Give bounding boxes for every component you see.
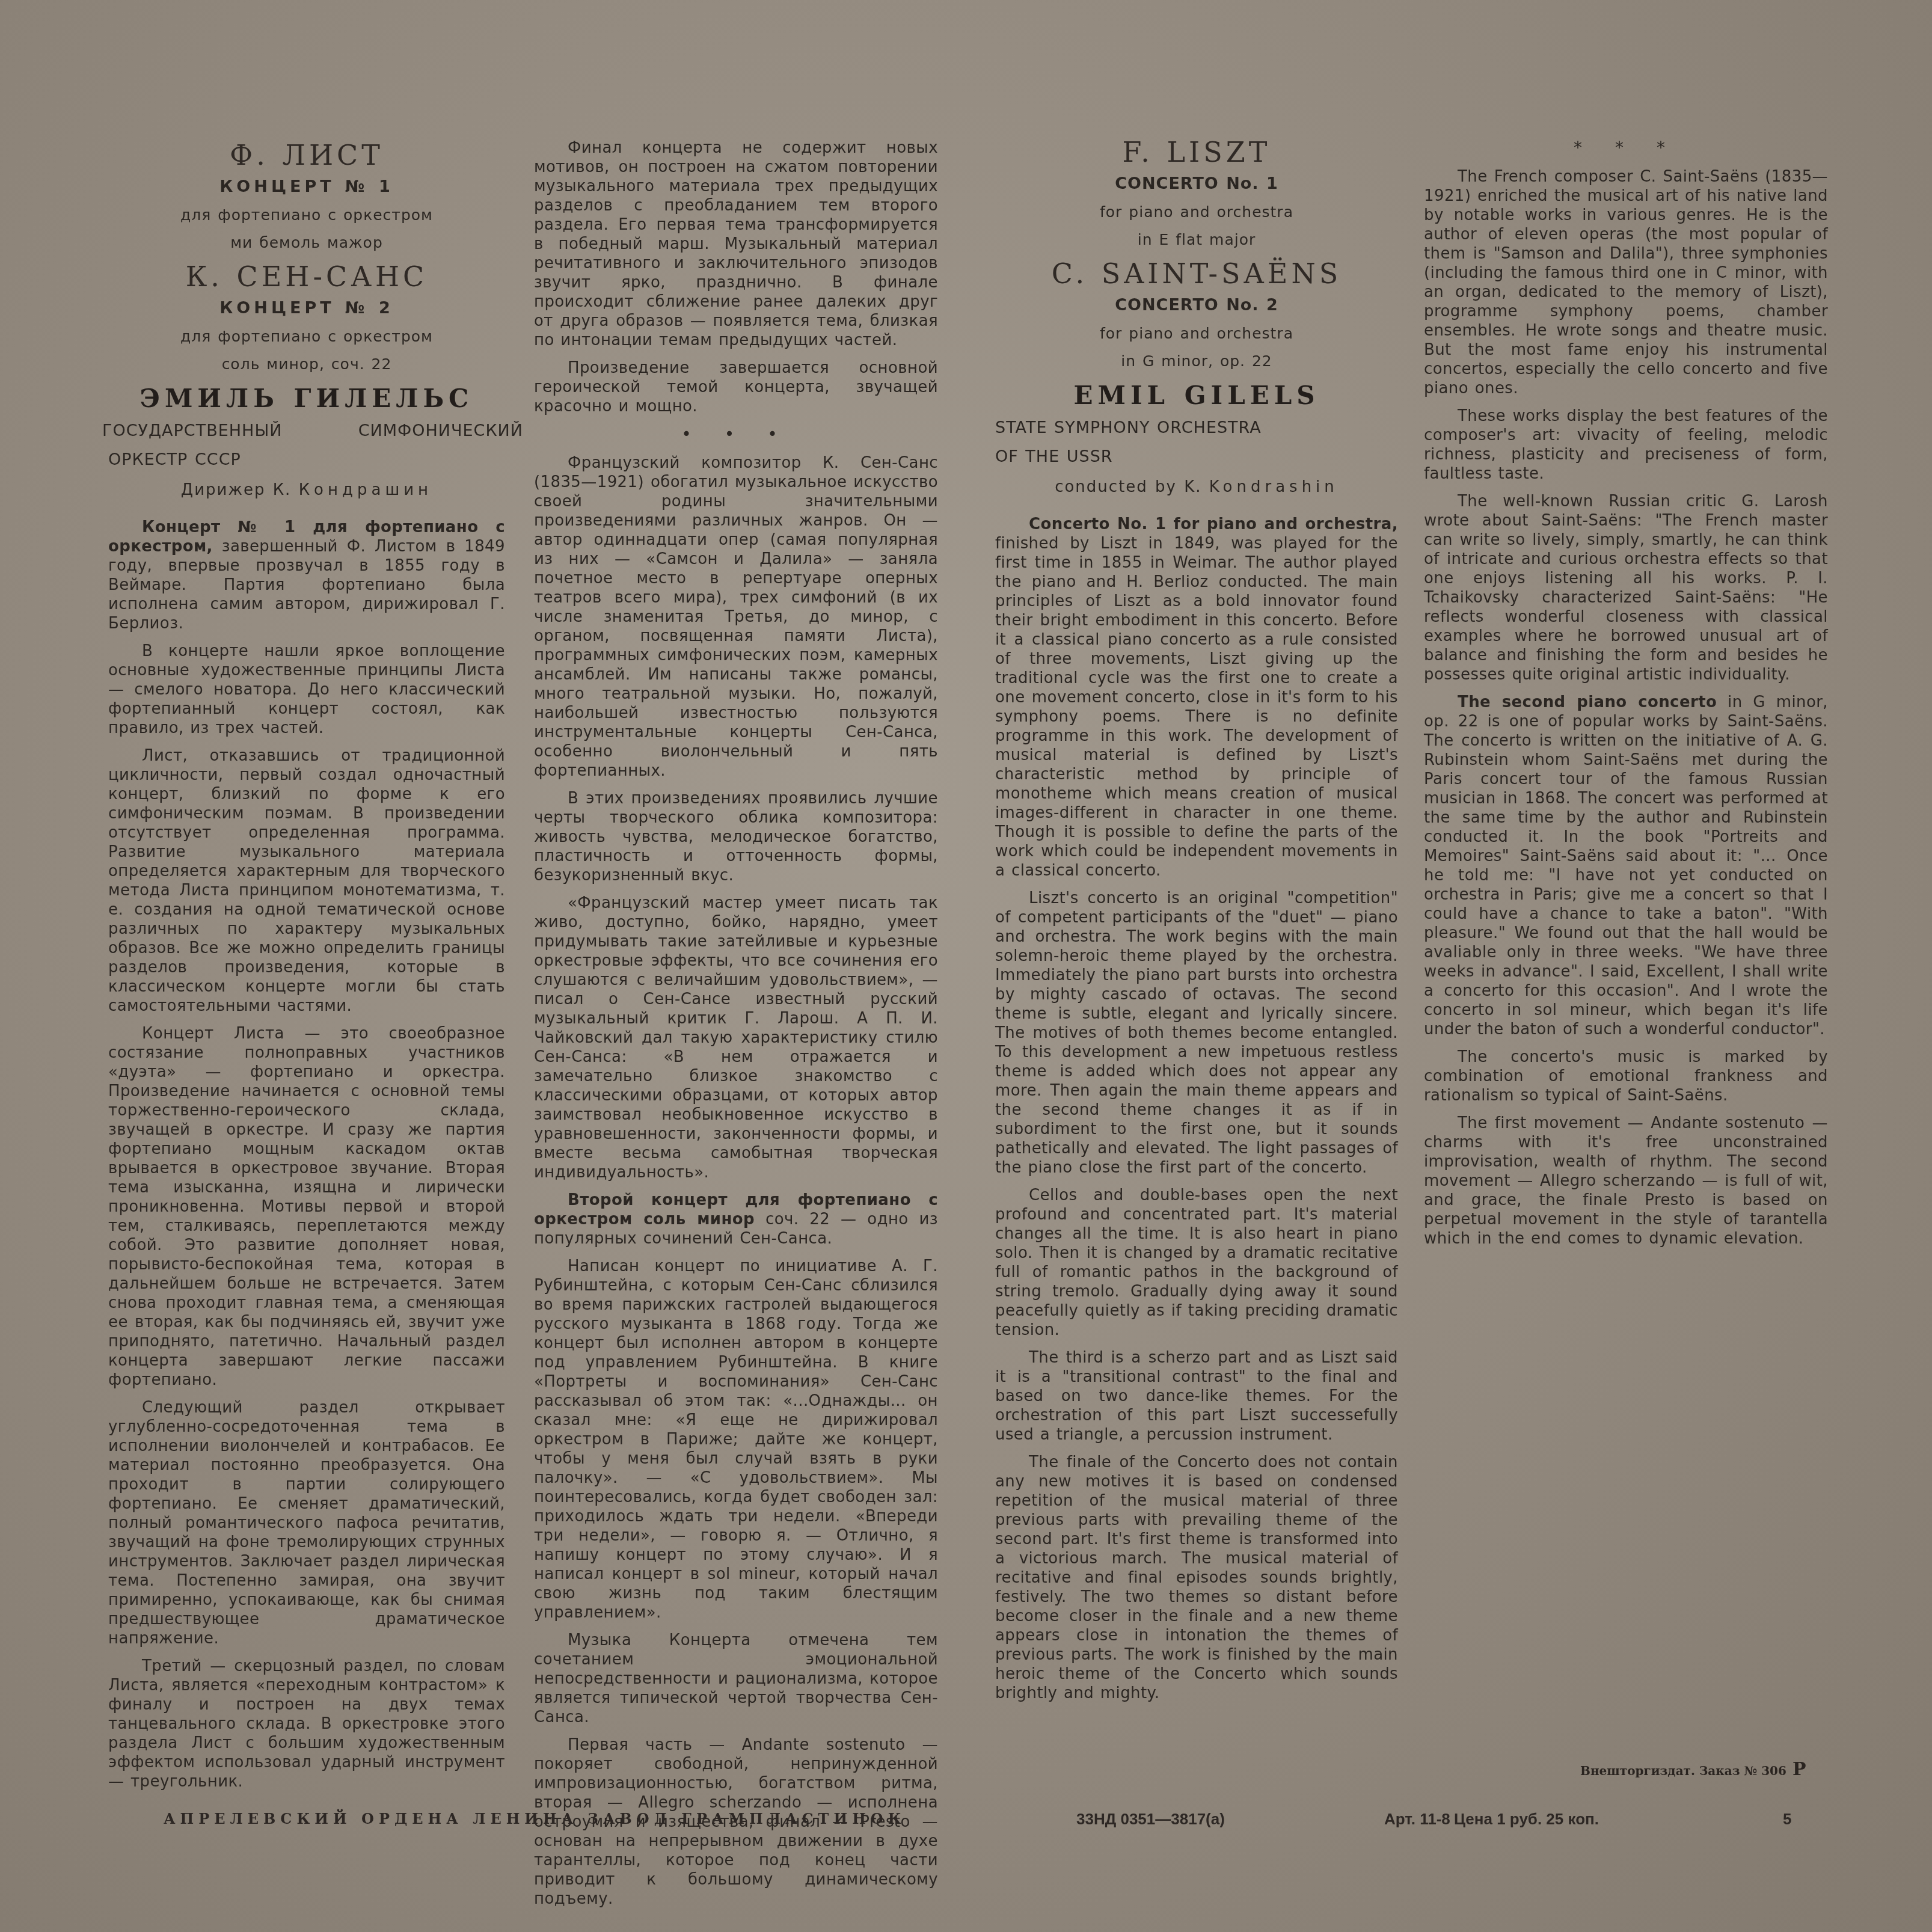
section-separator: • • • — [534, 425, 938, 444]
concerto1-key-en: in E flat major — [995, 226, 1398, 254]
paragraph: Следующий раздел открывает углубленно-со… — [108, 1398, 505, 1648]
english-column-2: * * * The French composer C. Saint-Saëns… — [1424, 138, 1828, 1257]
paragraph: Произведение завершается основной героич… — [534, 358, 938, 416]
concerto1-title-ru: КОНЦЕРТ № 1 — [108, 177, 505, 197]
conductor-en: conducted by K. Kondrashin — [995, 477, 1398, 497]
concerto2-key-ru: соль минор, соч. 22 — [108, 351, 505, 378]
concerto2-for-en: for piano and orchestra — [995, 320, 1398, 348]
price: Цена 1 руб. 25 коп. — [1454, 1810, 1599, 1829]
record-sleeve-back: Ф. ЛИСТ КОНЦЕРТ № 1 для фортепиано с орк… — [0, 0, 1932, 1932]
paragraph: В концерте нашли яркое воплощение основн… — [108, 642, 505, 738]
conductor-label-en: conducted by K. — [1055, 478, 1201, 496]
paragraph: Музыка Концерта отмечена тем сочетанием … — [534, 1631, 938, 1727]
conductor-label-ru: Дирижер К. — [181, 481, 292, 499]
conductor-name-en: Kondrashin — [1209, 478, 1339, 496]
paragraph: The concerto's music is marked by combin… — [1424, 1047, 1828, 1105]
order-mark: Р — [1792, 1759, 1806, 1780]
paragraph: Liszt's concerto is an original "competi… — [995, 889, 1398, 1177]
paragraph-text: in G minor, op. 22 is one of popular wor… — [1424, 693, 1828, 1038]
concerto1-title-en: CONCERTO No. 1 — [995, 174, 1398, 194]
paragraph: The French composer C. Saint-Saëns (1835… — [1424, 167, 1828, 398]
concerto2-title-en: CONCERTO No. 2 — [995, 296, 1398, 315]
lead-in-bold: The second piano concerto — [1458, 693, 1717, 711]
conductor-ru: Дирижер К. Кондрашин — [108, 480, 505, 500]
concerto2-for-ru: для фортепиано с оркестром — [108, 323, 505, 351]
paragraph: Концерт № 1 для фортепиано с оркестром, … — [108, 518, 505, 633]
composer-liszt-en: F. LISZT — [995, 136, 1398, 168]
orchestra-en-line1: STATE SYMPHONY ORCHESTRA — [995, 414, 1398, 443]
paragraph: The well-known Russian critic G. Larosh … — [1424, 492, 1828, 684]
paragraph: Третий — скерцозный раздел, по словам Ли… — [108, 1657, 505, 1791]
paragraph: Лист, отказавшись от традиционной циклич… — [108, 746, 505, 1016]
paragraph: These works display the best features of… — [1424, 406, 1828, 483]
orchestra-ru-line2: ОРКЕСТР СССР — [108, 446, 505, 474]
paragraph: The second piano concerto in G minor, op… — [1424, 693, 1828, 1039]
paragraph: Второй концерт для фортепиано с оркестро… — [534, 1191, 938, 1248]
paragraph: Concerto No. 1 for piano and orchestra, … — [995, 515, 1398, 880]
english-header: F. LISZT CONCERTO No. 1 for piano and or… — [995, 136, 1398, 405]
manufacturer-name: АПРЕЛЕВСКИЙ ОРДЕНА ЛЕНИНА ЗАВОД ГРАМПЛАС… — [164, 1810, 906, 1827]
composer-saint-saens-en: C. SAINT-SAËNS — [995, 257, 1398, 290]
paragraph: Концерт Листа — это своеобразное состяза… — [108, 1024, 505, 1390]
concerto1-key-ru: ми бемоль мажор — [108, 229, 505, 257]
composer-liszt-ru: Ф. ЛИСТ — [108, 139, 505, 171]
concerto2-title-ru: КОНЦЕРТ № 2 — [108, 299, 505, 318]
orchestra-ru-line1: ГОСУДАРСТВЕННЫЙ СИМФОНИЧЕСКИЙ — [102, 417, 523, 446]
lead-in-bold: Concerto No. 1 for piano and orchestra, — [1029, 515, 1398, 533]
paragraph: Французский композитор К. Сен-Санс (1835… — [534, 453, 938, 780]
concerto1-for-ru: для фортепиано с оркестром — [108, 201, 505, 229]
concerto1-for-en: for piano and orchestra — [995, 198, 1398, 226]
paragraph: The first movement — Andante sostenuto —… — [1424, 1114, 1828, 1248]
russian-column-2: Финал концерта не содержит новых мотивов… — [534, 138, 938, 1917]
soloist-en: EMIL GILELS — [995, 386, 1398, 405]
publisher-order-number: Внешторгиздат. Заказ № 306Р — [1580, 1759, 1806, 1780]
soloist-ru: ЭМИЛЬ ГИЛЕЛЬС — [108, 389, 505, 408]
article-number: Арт. 11-8 — [1384, 1810, 1450, 1829]
orchestra-en-line2: OF THE USSR — [995, 443, 1398, 471]
russian-header: Ф. ЛИСТ КОНЦЕРТ № 1 для фортепиано с орк… — [108, 139, 505, 408]
paragraph: В этих произведениях проявились лучшие ч… — [534, 789, 938, 885]
english-column-1: F. LISZT CONCERTO No. 1 for piano and or… — [995, 132, 1398, 1711]
concerto2-key-en: in G minor, op. 22 — [995, 348, 1398, 375]
paragraph: Cellos and double-bases open the next pr… — [995, 1186, 1398, 1340]
paragraph: Финал концерта не содержит новых мотивов… — [534, 138, 938, 350]
paragraph: The third is a scherzo part and as Liszt… — [995, 1348, 1398, 1444]
composer-saint-saens-ru: К. СЕН-САНС — [108, 260, 505, 293]
orchestra-ru-word1: ГОСУДАРСТВЕННЫЙ — [102, 422, 282, 440]
order-text: Внешторгиздат. Заказ № 306 — [1580, 1764, 1786, 1778]
paragraph-text: finished by Liszt in 1849, was played fo… — [995, 535, 1398, 880]
conductor-name-ru: Кондрашин — [299, 481, 432, 499]
catalog-number: 33НД 0351—3817(а) — [1076, 1810, 1225, 1829]
russian-column-1: Ф. ЛИСТ КОНЦЕРТ № 1 для фортепиано с орк… — [108, 135, 505, 1800]
section-separator: * * * — [1424, 138, 1828, 158]
paragraph: Написан концерт по инициативе А. Г. Руби… — [534, 1257, 938, 1622]
side-number: 5 — [1783, 1810, 1791, 1829]
paragraph: The finale of the Concerto does not cont… — [995, 1453, 1398, 1703]
paragraph: «Французский мастер умеет писать так жив… — [534, 894, 938, 1182]
orchestra-ru-word2: СИМФОНИЧЕСКИЙ — [358, 422, 523, 440]
